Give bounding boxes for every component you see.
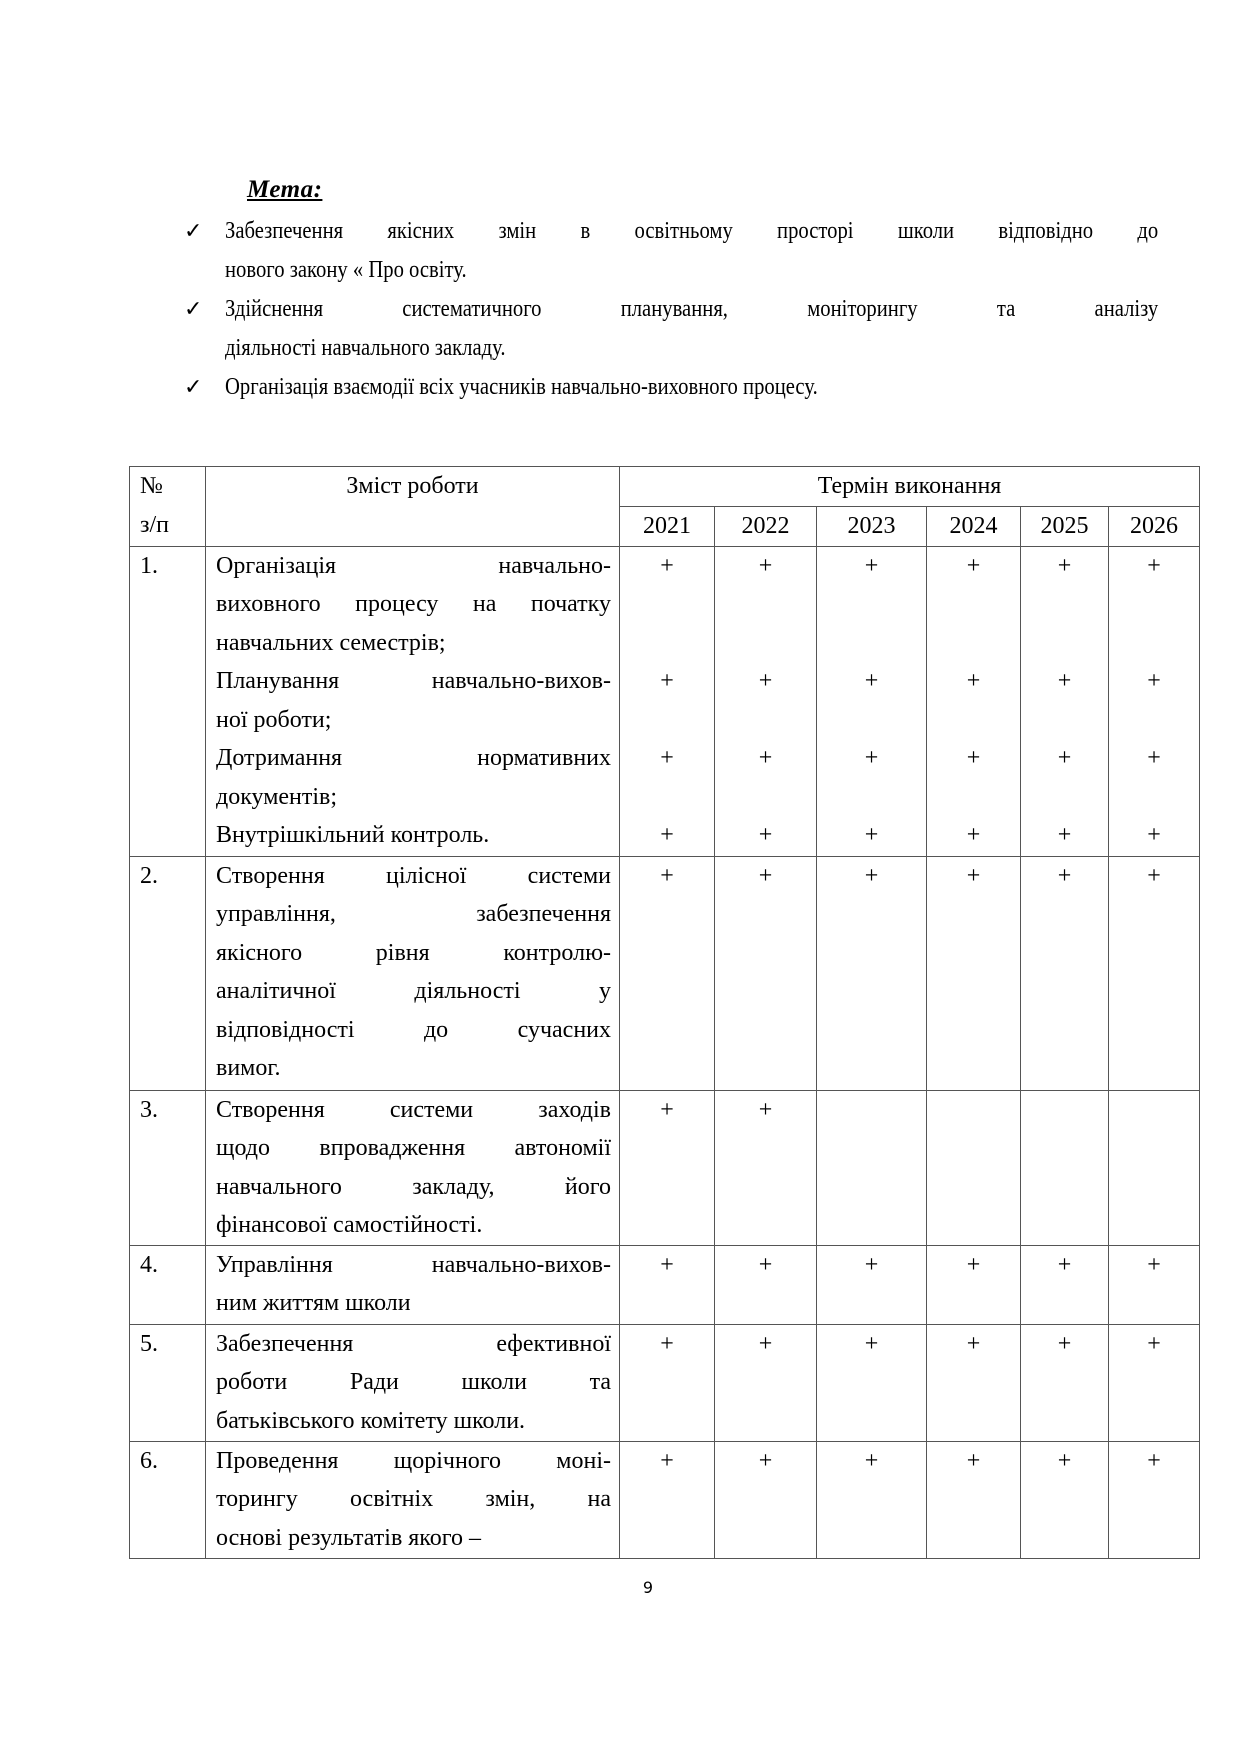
row-content: Створення системи заходівщодо впроваджен…	[206, 1090, 620, 1245]
mark-cell-2025: ++++	[1021, 546, 1109, 856]
row-content-line: батьківського комітету школи.	[216, 1402, 611, 1441]
plus-mark: +	[1021, 1246, 1108, 1285]
plus-mark: +	[620, 547, 714, 586]
row-content-line: ним життям школи	[216, 1284, 611, 1323]
table-row: 5.Забезпечення ефективноїроботи Ради шко…	[130, 1324, 1200, 1441]
row-content-line: Дотримання нормативних	[216, 739, 611, 778]
mark-cell-2026: +	[1109, 1441, 1200, 1558]
row-content-line: якісного рівня контролю-	[216, 934, 611, 973]
header-term: Термін виконання	[620, 467, 1200, 507]
plus-mark: +	[715, 1091, 816, 1130]
plus-mark: +	[1109, 662, 1199, 701]
row-content-line: навчальних семестрів;	[216, 624, 611, 663]
row-content: Організація навчально-виховного процесу …	[206, 546, 620, 856]
plus-mark: +	[620, 1442, 714, 1481]
table-row: 6.Проведення щорічного моні-торингу осві…	[130, 1441, 1200, 1558]
header-year-2022: 2022	[715, 507, 817, 547]
row-content-line: відповідності до сучасних	[216, 1011, 611, 1050]
row-content-line: щодо впровадження автономії	[216, 1129, 611, 1168]
mark-cell-2026: +	[1109, 1324, 1200, 1441]
plus-mark: +	[715, 816, 816, 855]
plus-mark: +	[817, 1246, 926, 1285]
row-content-line: Створення цілісної системи	[216, 857, 611, 896]
mark-cell-2021: +	[620, 1090, 715, 1245]
header-num-line2: з/п	[140, 506, 205, 545]
plus-mark: +	[1021, 662, 1108, 701]
plus-mark: +	[927, 816, 1020, 855]
goal-item: ✓Організація взаємодії всіх учасників на…	[184, 368, 1158, 407]
row-content: Забезпечення ефективноїроботи Ради школи…	[206, 1324, 620, 1441]
plus-mark: +	[817, 857, 926, 896]
row-content-line: документів;	[216, 778, 611, 817]
plus-mark: +	[817, 662, 926, 701]
mark-cell-2022: +	[715, 1441, 817, 1558]
row-content: Створення цілісної системиуправління, за…	[206, 856, 620, 1090]
mark-cell-2024	[927, 1090, 1021, 1245]
mark-cell-2022: +	[715, 856, 817, 1090]
mark-cell-2024: ++++	[927, 546, 1021, 856]
row-number: 6.	[130, 1441, 206, 1558]
goal-item-text: Організація взаємодії всіх учасників нав…	[225, 368, 1158, 407]
plus-mark: +	[927, 1442, 1020, 1481]
row-content-line: Внутрішкільний контроль.	[216, 816, 611, 855]
plus-mark: +	[620, 857, 714, 896]
plus-mark: +	[927, 1325, 1020, 1364]
mark-cell-2024: +	[927, 856, 1021, 1090]
row-content-line: ної роботи;	[216, 701, 611, 740]
mark-cell-2021: +	[620, 1441, 715, 1558]
mark-cell-2022: ++++	[715, 546, 817, 856]
table-row: 2.Створення цілісної системиуправління, …	[130, 856, 1200, 1090]
plus-mark: +	[620, 1091, 714, 1130]
plus-mark: +	[1109, 1442, 1199, 1481]
goal-item-text: діяльності навчального закладу.	[225, 329, 1158, 368]
mark-cell-2021: +	[620, 856, 715, 1090]
mark-cell-2022: +	[715, 1090, 817, 1245]
row-content-line: Забезпечення ефективної	[216, 1325, 611, 1364]
mark-cell-2023: ++++	[817, 546, 927, 856]
goal-item: ✓Здійснення систематичного планування, м…	[184, 290, 1158, 368]
plus-mark: +	[1021, 1442, 1108, 1481]
plus-mark: +	[715, 1442, 816, 1481]
row-content-line: вимог.	[216, 1049, 611, 1088]
row-content-line: Створення системи заходів	[216, 1091, 611, 1130]
header-num-line1: №	[140, 467, 205, 506]
mark-cell-2026	[1109, 1090, 1200, 1245]
header-year-2021: 2021	[620, 507, 715, 547]
checkmark-icon: ✓	[184, 368, 202, 407]
plus-mark: +	[1109, 857, 1199, 896]
plus-mark: +	[1109, 1325, 1199, 1364]
plus-mark: +	[715, 739, 816, 778]
row-number: 2.	[130, 856, 206, 1090]
row-content-line: торингу освітніх змін, на	[216, 1480, 611, 1519]
mark-cell-2023: +	[817, 1324, 927, 1441]
plus-mark: +	[1021, 816, 1108, 855]
row-content: Проведення щорічного моні-торингу освітн…	[206, 1441, 620, 1558]
plus-mark: +	[715, 1246, 816, 1285]
header-year-2026: 2026	[1109, 507, 1200, 547]
plus-mark: +	[817, 816, 926, 855]
plus-mark: +	[1021, 857, 1108, 896]
plus-mark: +	[715, 662, 816, 701]
plus-mark: +	[620, 1246, 714, 1285]
plus-mark: +	[817, 547, 926, 586]
table-row: 4.Управління навчально-вихов-ним життям …	[130, 1245, 1200, 1324]
plus-mark: +	[1109, 739, 1199, 778]
mark-cell-2021: +	[620, 1245, 715, 1324]
mark-cell-2026: +	[1109, 856, 1200, 1090]
header-year-2025: 2025	[1021, 507, 1109, 547]
mark-cell-2026: +	[1109, 1245, 1200, 1324]
row-content-line: Організація навчально-	[216, 547, 611, 586]
row-number: 4.	[130, 1245, 206, 1324]
plus-mark: +	[620, 1325, 714, 1364]
mark-cell-2023: +	[817, 856, 927, 1090]
goal-item: ✓Забезпечення якісних змін в освітньому …	[184, 212, 1158, 290]
plus-mark: +	[1021, 547, 1108, 586]
mark-cell-2022: +	[715, 1245, 817, 1324]
plus-mark: +	[927, 739, 1020, 778]
plus-mark: +	[927, 857, 1020, 896]
mark-cell-2025: +	[1021, 1245, 1109, 1324]
row-number: 1.	[130, 546, 206, 856]
row-content-line: навчального закладу, його	[216, 1168, 611, 1207]
row-content-line: аналітичної діяльності у	[216, 972, 611, 1011]
mark-cell-2023	[817, 1090, 927, 1245]
plus-mark: +	[1109, 816, 1199, 855]
table-row: 1.Організація навчально-виховного процес…	[130, 546, 1200, 856]
plus-mark: +	[817, 1442, 926, 1481]
mark-cell-2025: +	[1021, 1324, 1109, 1441]
row-content-line: управління, забезпечення	[216, 895, 611, 934]
header-content: Зміст роботи	[206, 467, 620, 547]
header-num: № з/п	[130, 467, 206, 547]
plus-mark: +	[620, 662, 714, 701]
goal-heading: Мета:	[247, 176, 322, 204]
plus-mark: +	[927, 1246, 1020, 1285]
mark-cell-2021: ++++	[620, 546, 715, 856]
plus-mark: +	[715, 1325, 816, 1364]
mark-cell-2023: +	[817, 1441, 927, 1558]
plus-mark: +	[817, 739, 926, 778]
goal-item-text: Забезпечення якісних змін в освітньому п…	[225, 212, 1158, 251]
plus-mark: +	[1021, 739, 1108, 778]
mark-cell-2022: +	[715, 1324, 817, 1441]
header-year-2023: 2023	[817, 507, 927, 547]
header-year-2024: 2024	[927, 507, 1021, 547]
mark-cell-2021: +	[620, 1324, 715, 1441]
row-number: 5.	[130, 1324, 206, 1441]
work-plan-table: № з/п Зміст роботи Термін виконання 2021…	[129, 466, 1200, 1559]
mark-cell-2025: +	[1021, 856, 1109, 1090]
plus-mark: +	[715, 547, 816, 586]
page-number: 9	[0, 1578, 1240, 1597]
plus-mark: +	[927, 547, 1020, 586]
plus-mark: +	[927, 662, 1020, 701]
mark-cell-2025: +	[1021, 1441, 1109, 1558]
mark-cell-2024: +	[927, 1245, 1021, 1324]
row-content-line: фінансової самостійності.	[216, 1206, 611, 1245]
goal-item-text: Здійснення систематичного планування, мо…	[225, 290, 1158, 329]
mark-cell-2026: ++++	[1109, 546, 1200, 856]
plus-mark: +	[1109, 1246, 1199, 1285]
row-content-line: основі результатів якого –	[216, 1519, 611, 1558]
row-content-line: Управління навчально-вихов-	[216, 1246, 611, 1285]
plus-mark: +	[620, 816, 714, 855]
plus-mark: +	[715, 857, 816, 896]
row-content-line: роботи Ради школи та	[216, 1363, 611, 1402]
goal-item-text: нового закону « Про освіту.	[225, 251, 1158, 290]
mark-cell-2024: +	[927, 1324, 1021, 1441]
plus-mark: +	[620, 739, 714, 778]
row-number: 3.	[130, 1090, 206, 1245]
plus-mark: +	[817, 1325, 926, 1364]
goal-list: ✓Забезпечення якісних змін в освітньому …	[184, 212, 1158, 407]
mark-cell-2023: +	[817, 1245, 927, 1324]
checkmark-icon: ✓	[184, 290, 202, 329]
row-content-line: Планування навчально-вихов-	[216, 662, 611, 701]
table-row: 3.Створення системи заходівщодо впровадж…	[130, 1090, 1200, 1245]
row-content-line: виховного процесу на початку	[216, 585, 611, 624]
mark-cell-2025	[1021, 1090, 1109, 1245]
plus-mark: +	[1109, 547, 1199, 586]
row-content-line: Проведення щорічного моні-	[216, 1442, 611, 1481]
mark-cell-2024: +	[927, 1441, 1021, 1558]
checkmark-icon: ✓	[184, 212, 202, 251]
plus-mark: +	[1021, 1325, 1108, 1364]
row-content: Управління навчально-вихов-ним життям шк…	[206, 1245, 620, 1324]
